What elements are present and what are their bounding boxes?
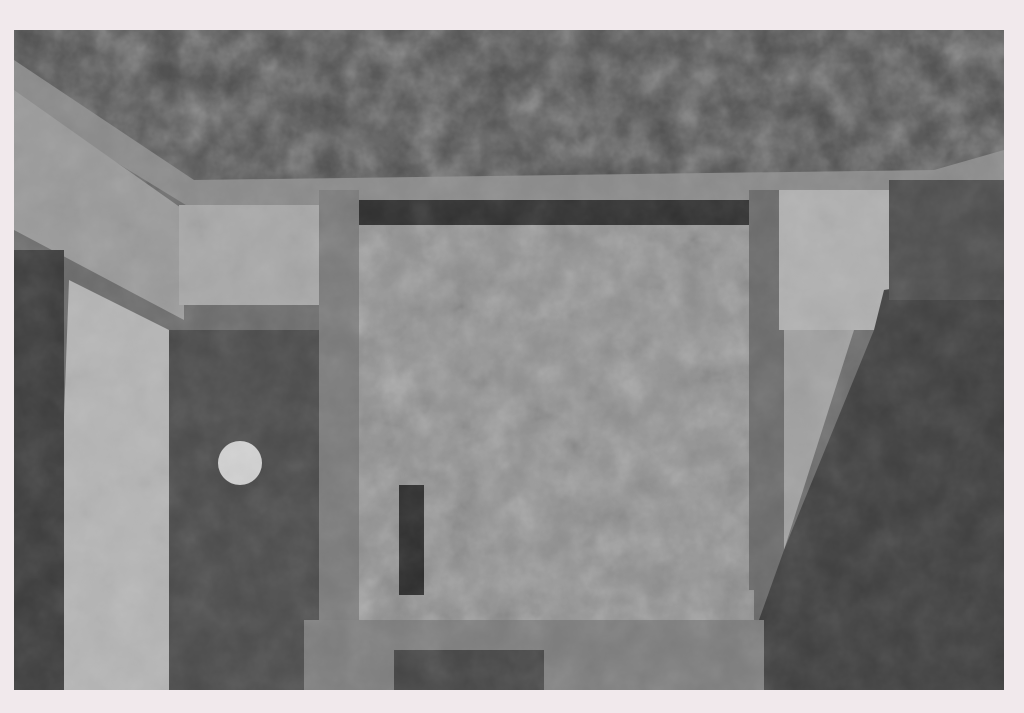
wall-painting-scene [14,30,1004,690]
archival-photo [14,30,1004,690]
